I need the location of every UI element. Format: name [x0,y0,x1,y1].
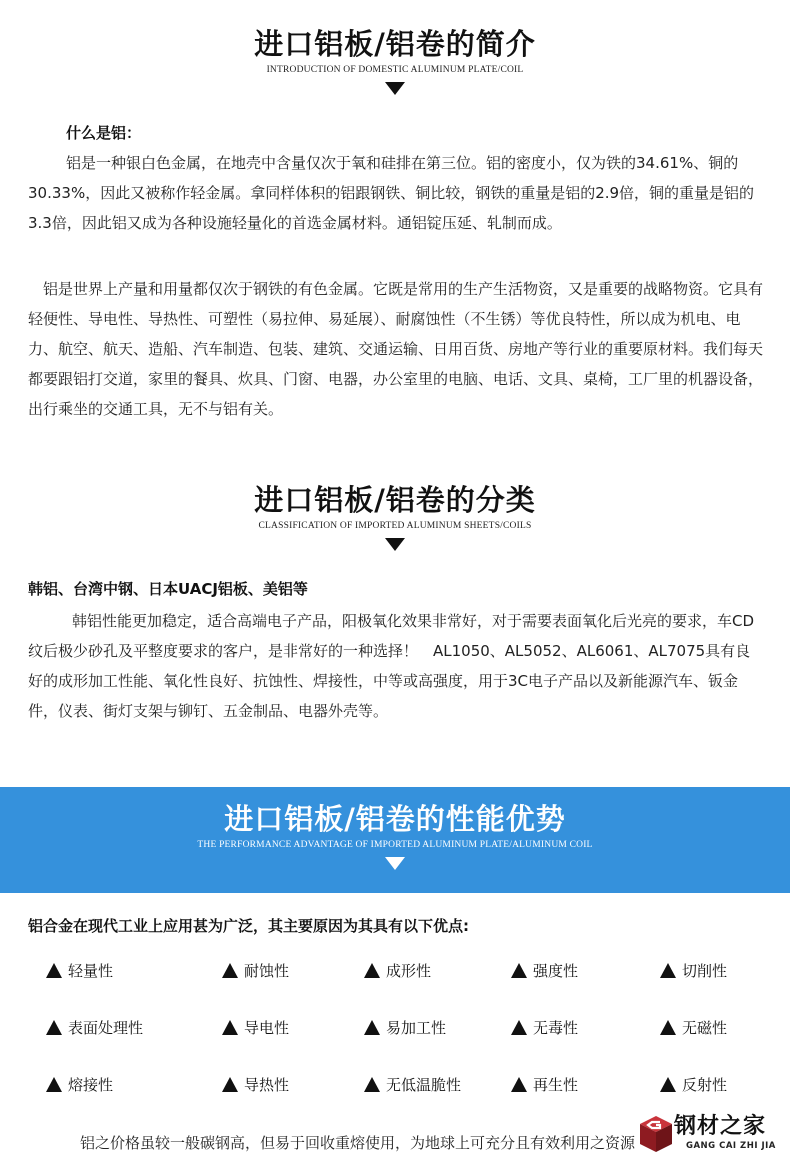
advantage-item: 导电性 [222,1015,289,1041]
triangle-bullet-icon [222,963,238,978]
advantage-item: 再生性 [511,1072,578,1098]
triangle-bullet-icon [222,1020,238,1035]
section-performance-subtitle: THE PERFORMANCE ADVANTAGE OF IMPORTED AL… [0,839,790,851]
advantage-item: 熔接性 [46,1072,113,1098]
advantage-item: 表面处理性 [46,1015,143,1041]
advantage-item: 耐蚀性 [222,958,289,984]
what-is-aluminum-heading: 什么是铝： [66,122,141,144]
advantages-row: 轻量性 耐蚀性 成形性 强度性 切削性 [46,958,766,1015]
advantage-item: 无毒性 [511,1015,578,1041]
advantage-item: 导热性 [222,1072,289,1098]
down-triangle-icon [385,82,405,95]
cube-logo-icon [638,1114,674,1154]
advantages-row: 表面处理性 导电性 易加工性 无毒性 无磁性 [46,1015,766,1072]
section-classification-header: 进口铝板/铝卷的分类 CLASSIFICATION OF IMPORTED AL… [0,482,790,551]
advantages-heading: 铝合金在现代工业上应用甚为广泛，其主要原因为其具有以下优点: [28,915,469,937]
triangle-bullet-icon [660,1020,676,1035]
triangle-bullet-icon [660,1077,676,1092]
advantage-item: 切削性 [660,958,727,984]
triangle-bullet-icon [46,1077,62,1092]
section-intro-header: 进口铝板/铝卷的简介 INTRODUCTION OF DOMESTIC ALUM… [0,26,790,95]
section-classification-title: 进口铝板/铝卷的分类 [0,482,790,518]
triangle-bullet-icon [511,1077,527,1092]
intro-paragraph-1: 铝是一种银白色金属，在地壳中含量仅次于氧和硅排在第三位。铝的密度小，仅为铁的34… [28,148,763,238]
section-performance-header: 进口铝板/铝卷的性能优势 THE PERFORMANCE ADVANTAGE O… [0,801,790,870]
advantage-item: 轻量性 [46,958,113,984]
section-intro-title: 进口铝板/铝卷的简介 [0,26,790,62]
triangle-bullet-icon [511,963,527,978]
advantage-item: 强度性 [511,958,578,984]
watermark-logo: 钢材之家 GANG CAI ZHI JIA [638,1112,788,1158]
triangle-bullet-icon [364,963,380,978]
advantage-item: 成形性 [364,958,431,984]
triangle-bullet-icon [222,1077,238,1092]
intro-paragraph-2: 铝是世界上产量和用量都仅次于钢铁的有色金属。它既是常用的生产生活物资，又是重要的… [28,274,763,424]
down-triangle-icon [385,857,405,870]
triangle-bullet-icon [364,1077,380,1092]
section-performance-title: 进口铝板/铝卷的性能优势 [0,801,790,837]
triangle-bullet-icon [660,963,676,978]
watermark-name-en: GANG CAI ZHI JIA [686,1141,776,1151]
advantage-item: 反射性 [660,1072,727,1098]
watermark-name-cn: 钢材之家 [674,1114,766,1140]
triangle-bullet-icon [46,963,62,978]
classification-paragraph: 韩铝性能更加稳定，适合高端电子产品，阳极氧化效果非常好，对于需要表面氧化后光亮的… [28,606,763,726]
advantage-item: 无低温脆性 [364,1072,461,1098]
advantage-item: 无磁性 [660,1015,727,1041]
advantage-item: 易加工性 [364,1015,446,1041]
triangle-bullet-icon [511,1020,527,1035]
brands-heading: 韩铝、台湾中钢、日本UACJ铝板、美铝等 [28,578,308,600]
section-classification-subtitle: CLASSIFICATION OF IMPORTED ALUMINUM SHEE… [0,520,790,532]
advantages-grid: 轻量性 耐蚀性 成形性 强度性 切削性 表面处理性 导电性 易加工性 无毒性 无… [46,958,766,1129]
triangle-bullet-icon [364,1020,380,1035]
triangle-bullet-icon [46,1020,62,1035]
down-triangle-icon [385,538,405,551]
performance-banner: 进口铝板/铝卷的性能优势 THE PERFORMANCE ADVANTAGE O… [0,787,790,893]
section-intro-subtitle: INTRODUCTION OF DOMESTIC ALUMINUM PLATE/… [0,64,790,76]
